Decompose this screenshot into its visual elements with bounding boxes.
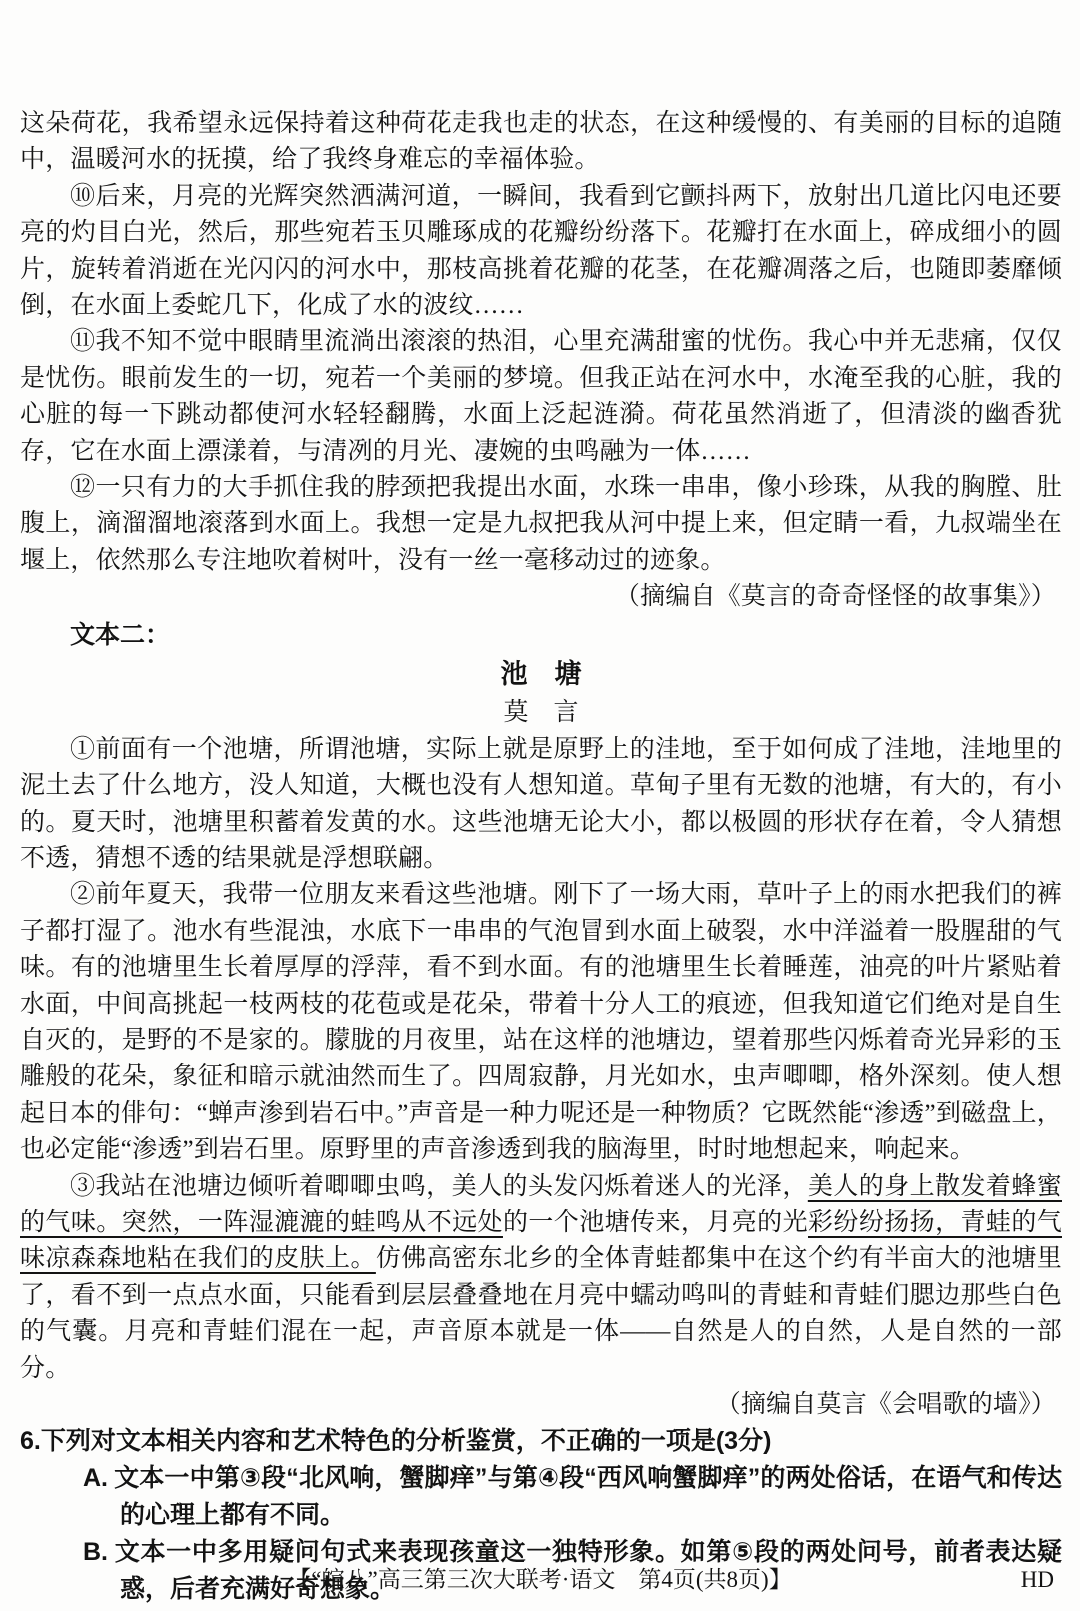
question-6-stem: 6.下列对文本相关内容和艺术特色的分析鉴赏，不正确的一项是(3分) <box>20 1423 1062 1460</box>
text-two-paragraph-2: ②前年夏天，我带一位朋友来看这些池塘。刚下了一场大雨，草叶子上的雨水把我们的裤子… <box>20 877 1062 1168</box>
text-two-author: 莫 言 <box>20 694 1062 732</box>
paragraph-3-plain-segment: 的一个池塘传来，月亮的光 <box>503 1209 808 1236</box>
paragraph-3-plain-segment: ③我站在池塘边倾听着唧唧虫鸣，美人的头发闪烁着迷人的光泽， <box>70 1173 808 1200</box>
exam-document-page: 这朵荷花，我希望永远保持着这种荷花走我也走的状态，在这种缓慢的、有美丽的目标的追… <box>0 0 1080 1611</box>
text-two-label: 文本二： <box>20 616 1062 654</box>
footer-code: HD <box>1021 1565 1054 1595</box>
question-6-option-a: A.文本一中第③段“北风响，蟹脚痒”与第④段“西风响蟹脚痒”的两处俗话，在语气和… <box>20 1460 1062 1534</box>
text-one-continuation-paragraph: 这朵荷花，我希望永远保持着这种荷花走我也走的状态，在这种缓慢的、有美丽的目标的追… <box>20 106 1062 179</box>
text-two-paragraph-3: ③我站在池塘边倾听着唧唧虫鸣，美人的头发闪烁着迷人的光泽，美人的身上散发着蜂蜜的… <box>20 1169 1062 1387</box>
option-a-text: 文本一中第③段“北风响，蟹脚痒”与第④段“西风响蟹脚痒”的两处俗话，在语气和传达… <box>114 1464 1062 1529</box>
text-one-source-attribution: （摘编自《莫言的奇奇怪怪的故事集》） <box>20 579 1062 615</box>
footer-exam-title-page-number: 【“皖八”高三第三次大联考·语文 第4页(共8页)】 <box>288 1567 791 1592</box>
page-footer: 【“皖八”高三第三次大联考·语文 第4页(共8页)】 HD <box>0 1565 1080 1595</box>
text-two-source-attribution: （摘编自莫言《会唱歌的墙》） <box>20 1387 1062 1423</box>
option-b-label: B. <box>83 1538 114 1566</box>
text-one-paragraph-11: ⑪我不知不觉中眼睛里流淌出滚滚的热泪，心里充满甜蜜的忧伤。我心中并无悲痛，仅仅是… <box>20 324 1062 470</box>
text-two-paragraph-1: ①前面有一个池塘，所谓池塘，实际上就是原野上的洼地，至于如何成了洼地，洼地里的泥… <box>20 732 1062 878</box>
text-two-title: 池 塘 <box>20 654 1062 694</box>
text-one-paragraph-12: ⑫一只有力的大手抓住我的脖颈把我提出水面，水珠一串串，像小珍珠，从我的胸膛、肚腹… <box>20 470 1062 579</box>
text-one-paragraph-10: ⑩后来，月亮的光辉突然洒满河道，一瞬间，我看到它颤抖两下，放射出几道比闪电还要亮… <box>20 179 1062 325</box>
option-a-label: A. <box>83 1464 114 1492</box>
